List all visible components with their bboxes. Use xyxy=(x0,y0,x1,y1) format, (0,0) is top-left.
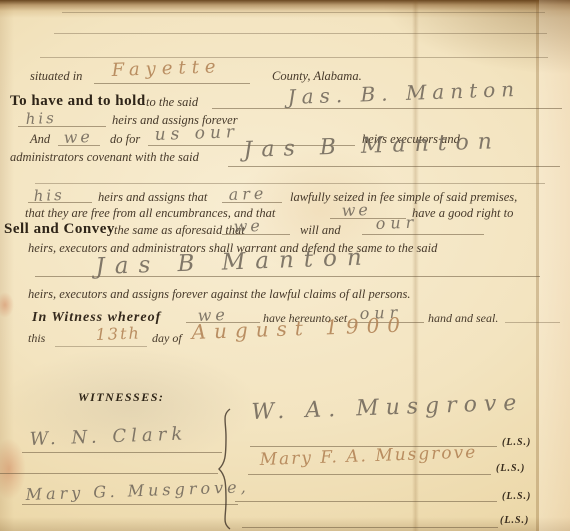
warranty-l1a-label: heirs and assigns that xyxy=(98,190,207,205)
we-blank-line-3 xyxy=(222,234,290,235)
warranty-l5-label: heirs, executors and assigns forever aga… xyxy=(28,287,411,302)
county-name-handwritten: Fayette xyxy=(111,56,222,81)
blank-ruled-line-2 xyxy=(54,33,547,34)
blank-ruled-line-1 xyxy=(62,12,545,13)
signature-line-3 xyxy=(235,501,497,502)
signature-line-2 xyxy=(248,474,491,475)
are-blank-line xyxy=(222,202,282,203)
we-handwritten-2: we xyxy=(341,200,371,220)
grantor-signature-1: W. A. Musgrove xyxy=(251,391,524,425)
pronoun-blank-line-2 xyxy=(28,202,92,203)
this-label: this xyxy=(28,331,45,346)
do-for-label: do for xyxy=(110,132,140,147)
pronoun-blank-line-1 xyxy=(18,126,106,127)
to-the-said-label: to the said xyxy=(146,95,198,110)
day-of-label: day of xyxy=(152,331,182,346)
day-number-handwritten: 13th xyxy=(95,323,141,344)
grantee-blank-line-2 xyxy=(228,166,560,167)
signature-line-4 xyxy=(242,527,498,528)
grantee-signature-2: Jas B Manton xyxy=(243,129,501,163)
our-blank-line-1 xyxy=(362,234,484,235)
county-alabama-label: County, Alabama. xyxy=(272,69,362,84)
witness-signature-1: W. N. Clark xyxy=(29,424,187,450)
right-edge-strip xyxy=(539,0,570,531)
witness-brace xyxy=(214,407,236,531)
administrators-covenant-label: administrators covenant with the said xyxy=(10,150,199,165)
day-blank-line xyxy=(55,346,147,347)
blank-ruled-line-3 xyxy=(40,57,548,58)
hand-and-seal-label: hand and seal. xyxy=(428,311,498,326)
blank-ruled-line-4 xyxy=(35,183,545,184)
trailing-rule-seal xyxy=(505,322,560,323)
paper-stain-left xyxy=(0,438,26,500)
county-blank-line xyxy=(94,83,250,84)
deed-document-page: situated in Fayette County, Alabama. To … xyxy=(0,0,570,531)
grantee-blank-line-1 xyxy=(212,108,562,109)
seal-label-2: (L.S.) xyxy=(496,463,525,474)
are-handwritten: are xyxy=(228,184,267,204)
we-handwritten-3: we xyxy=(233,216,263,236)
and-label: And xyxy=(30,132,50,147)
seal-label-1: (L.S.) xyxy=(502,437,531,448)
warranty-l3a-label: the same as aforesaid that xyxy=(114,223,245,238)
we-blank-line-1 xyxy=(58,145,100,146)
our-handwritten-1: our xyxy=(375,213,418,233)
in-witness-whereof-label: In Witness whereof xyxy=(32,310,161,326)
witness-line-1 xyxy=(22,452,222,453)
witness-line-2 xyxy=(0,473,218,474)
to-have-and-to-hold-label: To have and to hold xyxy=(10,93,146,110)
witness-line-3 xyxy=(22,504,238,505)
will-and-label: will and xyxy=(300,223,341,238)
sell-and-convey-label: Sell and Convey xyxy=(4,221,115,238)
situated-in-label: situated in xyxy=(30,69,82,84)
right-edge-crease xyxy=(536,0,539,531)
warranty-l1b-label: lawfully seized in fee simple of said pr… xyxy=(290,190,517,205)
seal-label-4: (L.S.) xyxy=(500,515,529,526)
seal-label-3: (L.S.) xyxy=(502,491,531,502)
paper-stain-left-small xyxy=(0,292,14,318)
warranty-l2b-label: have a good right to xyxy=(412,206,513,221)
witnesses-heading: WITNESSES: xyxy=(78,390,164,405)
us-our-handwritten: us our xyxy=(154,122,239,145)
we-handwritten-1: we xyxy=(63,127,93,147)
